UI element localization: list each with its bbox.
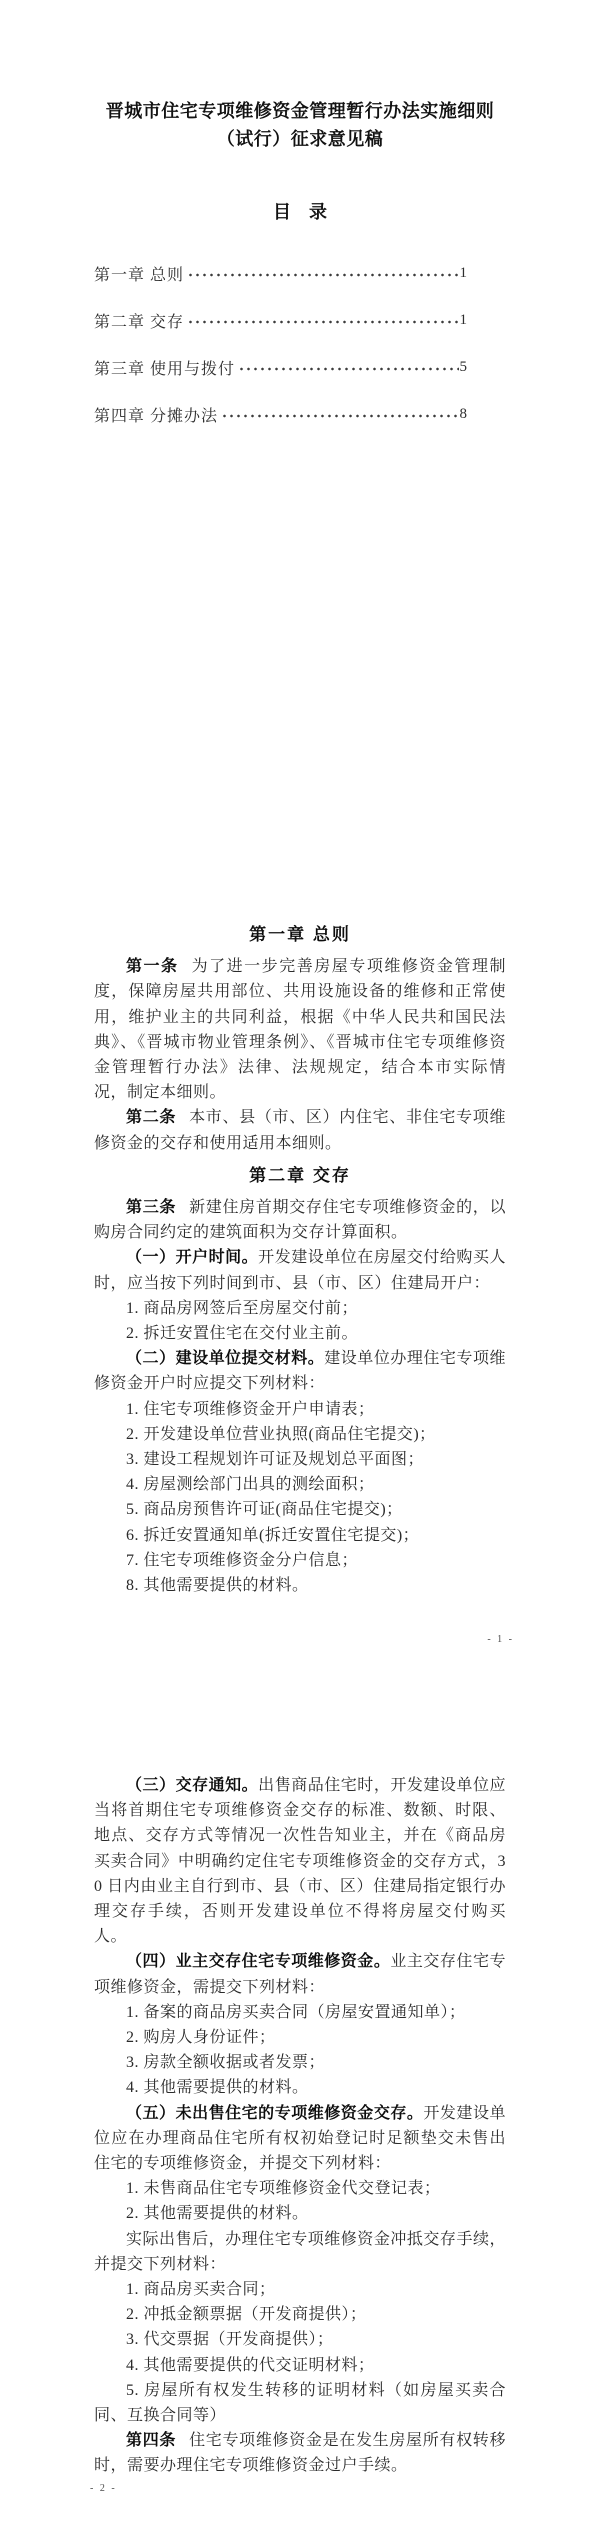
list-item: 1. 未售商品住宅专项维修资金代交登记表； <box>94 2176 506 2201</box>
list-item: 1. 商品房买卖合同； <box>94 2277 506 2302</box>
paragraph: （五）未出售住宅的专项维修资金交存。开发建设单位应在办理商品住宅所有权初始登记时… <box>94 2101 506 2177</box>
paragraph-lead: （四）业主交存住宅专项维修资金。 <box>126 1953 390 1970</box>
page1-number: - 1 - <box>487 1634 514 1645</box>
chapter-heading: 第二章 交存 <box>94 1163 506 1188</box>
paragraph-lead: 第三条 <box>126 1199 176 1216</box>
paragraph-lead: 第二条 <box>126 1109 176 1126</box>
list-item: 3. 建设工程规划许可证及规划总平面图； <box>94 1447 506 1472</box>
paragraph-lead: 第四条 <box>126 2432 176 2449</box>
paragraph-lead: 第一条 <box>126 958 179 975</box>
paragraph: 实际出售后，办理住宅专项维修资金冲抵交存手续，并提交下列材料： <box>94 2227 506 2277</box>
list-item: 8. 其他需要提供的材料。 <box>94 1573 506 1598</box>
paragraph: （二）建设单位提交材料。建设单位办理住宅专项维修资金开户时应提交下列材料： <box>94 1346 506 1396</box>
toc-item: 第三章 使用与拨付5 <box>94 344 468 391</box>
toc-page-number: 1 <box>460 312 469 329</box>
toc-item-label: 第三章 使用与拨付 <box>94 356 235 379</box>
list-item: 4. 房屋测绘部门出具的测绘面积； <box>94 1472 506 1497</box>
paragraph: （一）开户时间。开发建设单位在房屋交付给购买人时，应当按下列时间到市、县（市、区… <box>94 1245 506 1295</box>
paragraph-lead: （三）交存通知。 <box>126 1777 258 1794</box>
paragraph: 第二条本市、县（市、区）内住宅、非住宅专项维修资金的交存和使用适用本细则。 <box>94 1105 506 1155</box>
toc-item: 第四章 分摊办法8 <box>94 391 468 438</box>
list-item: 4. 其他需要提供的材料。 <box>94 2075 506 2100</box>
paragraph-lead: （二）建设单位提交材料。 <box>126 1350 324 1367</box>
list-item: 2. 其他需要提供的材料。 <box>94 2201 506 2226</box>
paragraph: （三）交存通知。出售商品住宅时，开发建设单位应当将首期住宅专项维修资金交存的标准… <box>94 1773 506 1949</box>
list-item: 3. 代交票据（开发商提供）； <box>94 2327 506 2352</box>
list-item: 2. 开发建设单位营业执照(商品住宅提交)； <box>94 1422 506 1447</box>
toc-dot-leader <box>187 267 458 283</box>
toc-dot-leader <box>238 361 458 377</box>
list-item: 2. 拆迁安置住宅在交付业主前。 <box>94 1321 506 1346</box>
list-item: 6. 拆迁安置通知单(拆迁安置住宅提交)； <box>94 1523 506 1548</box>
page1-content: 第一章 总则第一条为了进一步完善房屋专项维修资金管理制度，保障房屋共用部位、共用… <box>94 915 506 1598</box>
list-item: 1. 商品房网签后至房屋交付前； <box>94 1296 506 1321</box>
document-title: 晋城市住宅专项维修资金管理暂行办法实施细则（试行）征求意见稿 <box>88 97 512 153</box>
toc-page-number: 1 <box>460 265 469 282</box>
toc-item: 第一章 总则1 <box>94 250 468 297</box>
list-item: 7. 住宅专项维修资金分户信息； <box>94 1548 506 1573</box>
paragraph-lead: （一）开户时间。 <box>126 1249 258 1266</box>
list-item: 5. 商品房预售许可证(商品住宅提交)； <box>94 1497 506 1522</box>
toc-item-label: 第四章 分摊办法 <box>94 403 218 426</box>
toc-list: 第一章 总则1第二章 交存1第三章 使用与拨付5第四章 分摊办法8 <box>94 250 468 438</box>
paragraph: 第一条为了进一步完善房屋专项维修资金管理制度，保障房屋共用部位、共用设施设备的维… <box>94 954 506 1105</box>
list-item: 5. 房屋所有权发生转移的证明材料（如房屋买卖合同、互换合同等） <box>94 2378 506 2428</box>
toc-dot-leader <box>221 408 458 424</box>
page2-content: （三）交存通知。出售商品住宅时，开发建设单位应当将首期住宅专项维修资金交存的标准… <box>94 1773 506 2479</box>
toc-item-label: 第二章 交存 <box>94 309 184 332</box>
list-item: 2. 冲抵金额票据（开发商提供）； <box>94 2302 506 2327</box>
paragraph: 第三条新建住房首期交存住宅专项维修资金的，以购房合同约定的建筑面积为交存计算面积… <box>94 1195 506 1245</box>
list-item: 3. 房款全额收据或者发票； <box>94 2050 506 2075</box>
toc-heading: 目 录 <box>0 199 600 225</box>
list-item: 1. 备案的商品房买卖合同（房屋安置通知单）； <box>94 2000 506 2025</box>
list-item: 4. 其他需要提供的代交证明材料； <box>94 2353 506 2378</box>
toc-dot-leader <box>187 314 458 330</box>
chapter-heading: 第一章 总则 <box>94 922 506 947</box>
toc-page-number: 8 <box>460 406 469 423</box>
toc-item: 第二章 交存1 <box>94 297 468 344</box>
toc-item-label: 第一章 总则 <box>94 262 184 285</box>
paragraph-lead: （五）未出售住宅的专项维修资金交存。 <box>126 2105 423 2122</box>
toc-page-number: 5 <box>460 359 469 376</box>
document-sheet: 晋城市住宅专项维修资金管理暂行办法实施细则（试行）征求意见稿 目 录 第一章 总… <box>0 0 600 2546</box>
page2-number: - 2 - <box>90 2483 117 2494</box>
list-item: 1. 住宅专项维修资金开户申请表； <box>94 1397 506 1422</box>
paragraph: 第四条住宅专项维修资金是在发生房屋所有权转移时，需要办理住宅专项维修资金过户手续… <box>94 2428 506 2478</box>
list-item: 2. 购房人身份证件； <box>94 2025 506 2050</box>
paragraph: （四）业主交存住宅专项维修资金。业主交存住宅专项维修资金，需提交下列材料： <box>94 1949 506 1999</box>
